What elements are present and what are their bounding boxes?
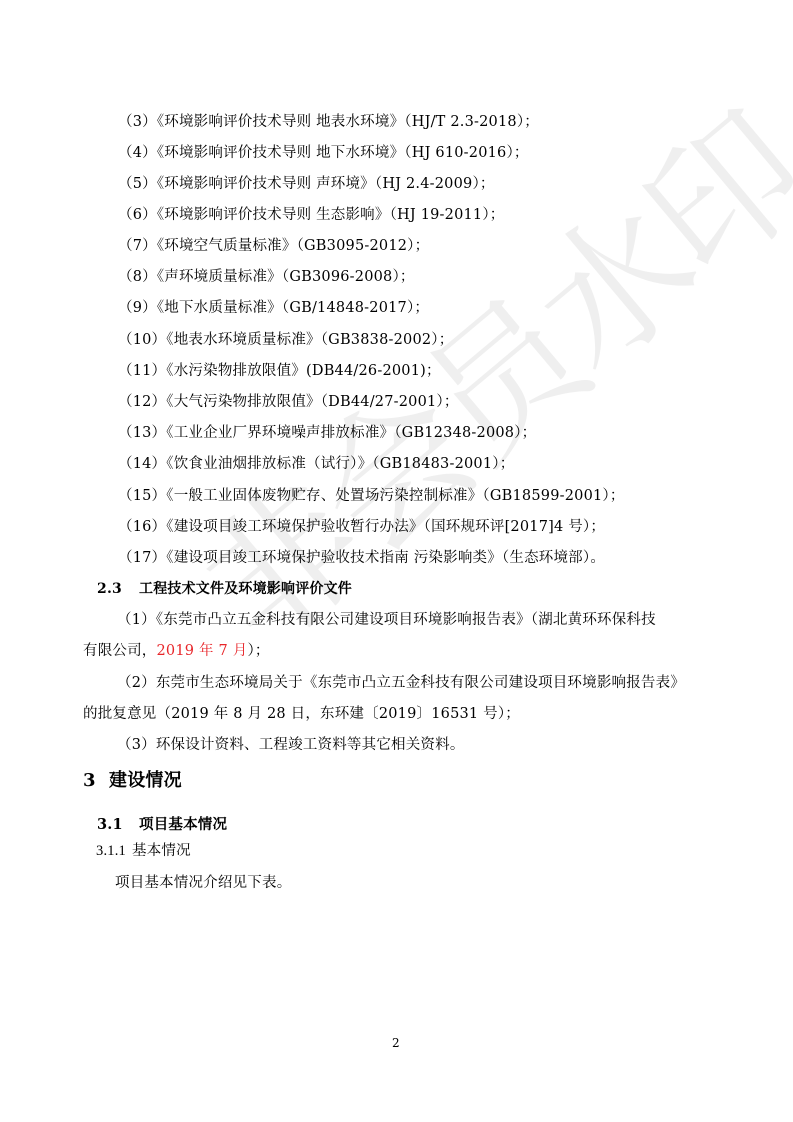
paragraph-item-1: （1）《东莞市凸立五金科技有限公司建设项目环境影响报告表》（湖北黄环环保科技	[117, 610, 656, 630]
reference-item: （12）《大气污染物排放限值》（DB44/27-2001）；	[118, 392, 459, 412]
reference-item: （17）《建设项目竣工环境保护验收技术指南 污染影响类》（生态环境部）。	[118, 548, 605, 568]
section-heading-3-1: 3.1项目基本情况	[97, 815, 227, 835]
highlighted-date: 2019 年 7 月	[157, 643, 248, 659]
page-number: 2	[392, 1036, 400, 1050]
section-heading-3-1-1: 3.1.1基本情况	[96, 841, 191, 861]
reference-item: （4）《环境影响评价技术导则 地下水环境》（HJ 610-2016）；	[118, 143, 529, 163]
paragraph-item-2: （2）东莞市生态环境局关于《东莞市凸立五金科技有限公司建设项目环境影响报告表》	[117, 673, 685, 693]
reference-item: （13）《工业企业厂界环境噪声排放标准》（GB12348-2008）；	[118, 423, 536, 443]
section-heading-3: 3建设情况	[83, 771, 182, 791]
reference-item: （15）《一般工业固体废物贮存、处置场污染控制标准》（GB18599-2001）…	[118, 486, 625, 506]
reference-item: （7）《环境空气质量标准》（GB3095-2012）；	[118, 236, 429, 256]
reference-item: （14）《饮食业油烟排放标准（试行）》（GB18483-2001）；	[118, 454, 514, 474]
reference-item: （8）《声环境质量标准》（GB3096-2008）；	[118, 267, 415, 287]
reference-item: （16）《建设项目竣工环境保护验收暂行办法》（国环规环评[2017]4 号）；	[118, 517, 605, 537]
paragraph-item-2-cont: 的批复意见（2019 年 8 月 28 日，东环建〔2019〕16531 号）；	[83, 704, 520, 724]
document-page: 非会员水印 （3）《环境影响评价技术导则 地表水环境》（HJ/T 2.3-201…	[0, 0, 793, 1122]
paragraph-item-3: （3）环保设计资料、工程竣工资料等其它相关资料。	[117, 735, 465, 755]
intro-text: 项目基本情况介绍见下表。	[115, 873, 291, 893]
section-heading-2-3: 2.3工程技术文件及环境影响评价文件	[97, 579, 352, 599]
reference-item: （11）《水污染物排放限值》(DB44/26-2001)；	[118, 361, 441, 381]
reference-item: （3）《环境影响评价技术导则 地表水环境》（HJ/T 2.3-2018）；	[118, 112, 539, 132]
paragraph-item-1-cont: 有限公司，2019 年 7 月）；	[83, 641, 270, 661]
reference-item: （5）《环境影响评价技术导则 声环境》（HJ 2.4-2009）；	[118, 174, 495, 194]
reference-item: （9）《地下水质量标准》（GB/14848-2017）；	[118, 298, 429, 318]
reference-item: （10）《地表水环境质量标准》（GB3838-2002）；	[118, 330, 453, 350]
reference-item: （6）《环境影响评价技术导则 生态影响》（HJ 19-2011）；	[118, 205, 505, 225]
